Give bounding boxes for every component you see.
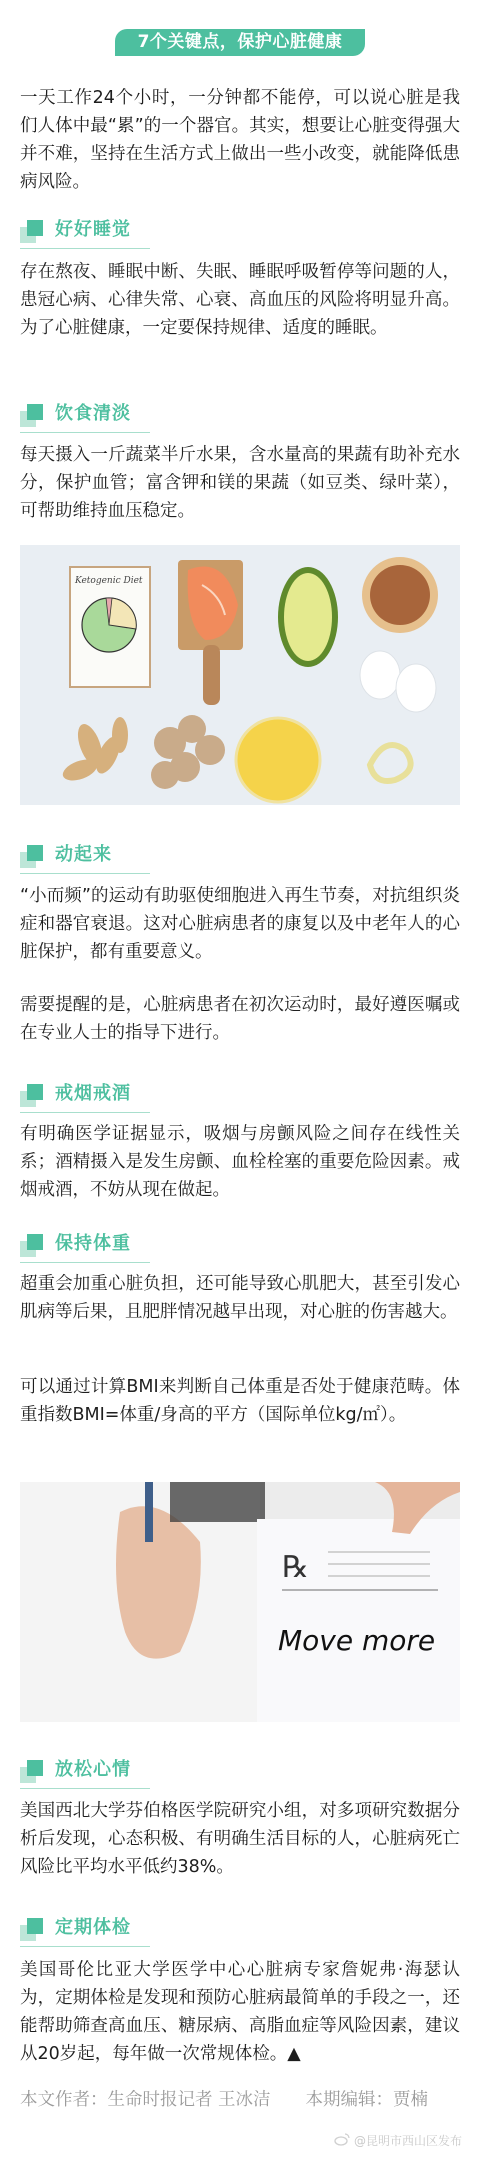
- healthy-food-photo: Ketogenic Diet: [20, 545, 460, 805]
- section-title: 保持体重: [55, 1230, 131, 1258]
- section-square-icon: [27, 845, 43, 861]
- section-divider: [20, 1788, 150, 1789]
- weibo-watermark: @昆明市西山区发布: [334, 2132, 462, 2149]
- section-title: 放松心情: [55, 1756, 131, 1784]
- svg-text:Move more: Move more: [278, 1624, 435, 1657]
- section-square-icon: [27, 220, 43, 236]
- section-title: 饮食清淡: [55, 400, 131, 428]
- section-paragraph: 有明确医学证据显示，吸烟与房颤风险之间存在线性关系；酒精摄入是发生房颤、血栓栓塞…: [20, 1120, 460, 1204]
- section-square-icon: [27, 1918, 43, 1934]
- weibo-logo-icon: [334, 2132, 350, 2149]
- section-divider: [20, 432, 150, 433]
- section-paragraph: “小而频”的运动有助驱使细胞进入再生节奏，对抗组织炎症和器官衰退。这对心脏病患者…: [20, 882, 460, 966]
- intro-paragraph: 一天工作24个小时，一分钟都不能停，可以说心脏是我们人体中最“累”的一个器官。其…: [20, 84, 460, 196]
- section-divider: [20, 1262, 150, 1263]
- watermark-text: @昆明市西山区发布: [354, 2132, 462, 2149]
- section-divider: [20, 1112, 150, 1113]
- section-paragraph: 需要提醒的是，心脏病患者在初次运动时，最好遵医嘱或在专业人士的指导下进行。: [20, 991, 460, 1047]
- doctor-prescription-photo: ℞ Move more: [20, 1482, 460, 1722]
- section-header-relax: 放松心情: [20, 1754, 155, 1788]
- article-credits: 本文作者：生命时报记者 王冰洁 本期编辑：贾楠: [20, 2086, 460, 2114]
- section-square-icon: [27, 1760, 43, 1776]
- section-title: 动起来: [55, 841, 112, 869]
- section-divider: [20, 248, 150, 249]
- food-illustration: Ketogenic Diet: [20, 545, 460, 805]
- section-paragraph: 每天摄入一斤蔬菜半斤水果，含水量高的果蔬有助补充水分，保护血管；富含钾和镁的果蔬…: [20, 441, 460, 525]
- section-paragraph: 美国西北大学芬伯格医学院研究小组，对多项研究数据分析后发现，心态积极、有明确生活…: [20, 1797, 460, 1881]
- section-divider: [20, 873, 150, 874]
- section-paragraph: 美国哥伦比亚大学医学中心心脏病专家詹妮弗·海瑟认为，定期体检是发现和预防心脏病最…: [20, 1956, 460, 2068]
- section-paragraph: 超重会加重心脏负担，还可能导致心肌肥大，甚至引发心肌病等后果，且肥胖情况越早出现…: [20, 1270, 460, 1326]
- section-header-exercise: 动起来: [20, 839, 155, 873]
- section-square-icon: [27, 1084, 43, 1100]
- section-divider: [20, 1946, 150, 1947]
- svg-text:Ketogenic Diet: Ketogenic Diet: [74, 576, 143, 586]
- section-header-sleep: 好好睡觉: [20, 214, 155, 248]
- prescription-illustration: ℞ Move more: [20, 1482, 460, 1722]
- section-title: 定期体检: [55, 1914, 131, 1942]
- section-square-icon: [27, 404, 43, 420]
- section-header-quit-smoking-drinking: 戒烟戒酒: [20, 1078, 155, 1112]
- title-badge: 7个关键点，保护心脏健康: [115, 29, 365, 56]
- section-square-icon: [27, 1234, 43, 1250]
- section-paragraph: 存在熬夜、睡眠中断、失眠、睡眠呼吸暂停等问题的人，患冠心病、心律失常、心衰、高血…: [20, 258, 460, 342]
- section-header-weight: 保持体重: [20, 1228, 155, 1262]
- section-title: 戒烟戒酒: [55, 1080, 131, 1108]
- section-paragraph: 可以通过计算BMI来判断自己体重是否处于健康范畴。体重指数BMI=体重/身高的平…: [20, 1373, 460, 1429]
- svg-text:℞: ℞: [282, 1550, 309, 1585]
- section-header-diet: 饮食清淡: [20, 398, 155, 432]
- section-title: 好好睡觉: [55, 216, 131, 244]
- section-header-checkup: 定期体检: [20, 1912, 155, 1946]
